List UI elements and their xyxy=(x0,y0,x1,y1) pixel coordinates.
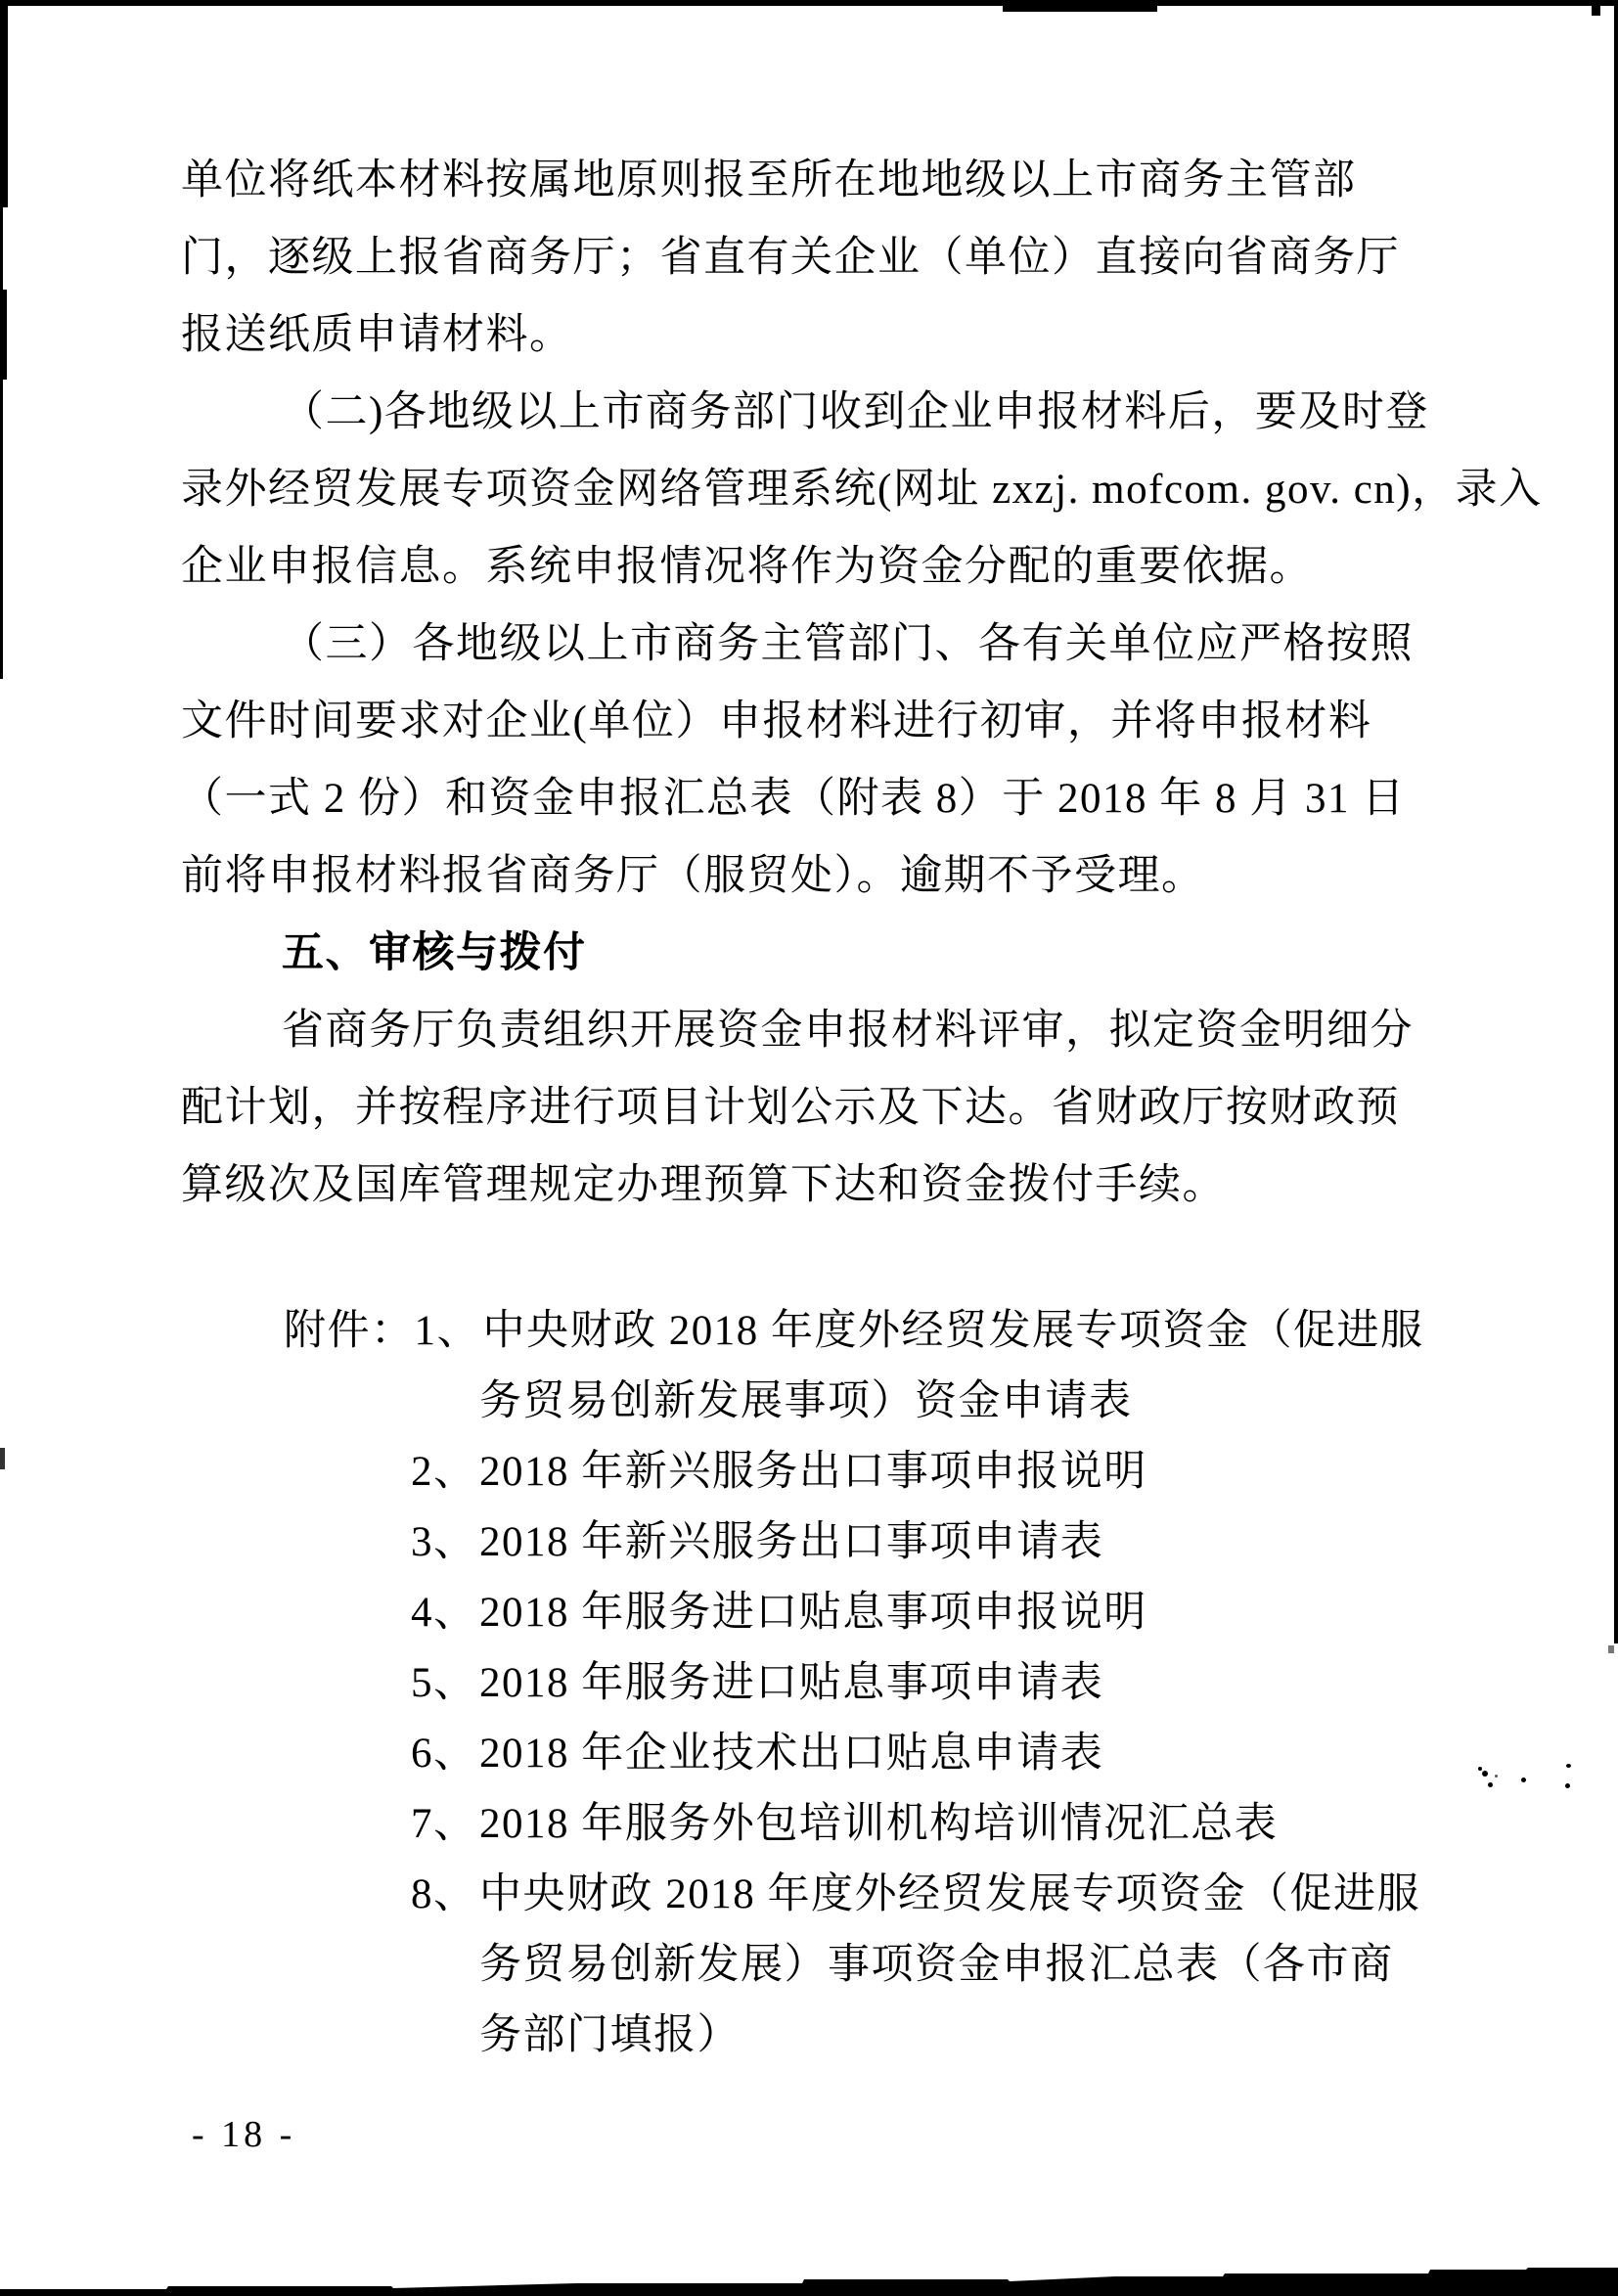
body-line: 前将申报材料报省商务厅（服贸处）。逾期不予受理。 xyxy=(181,837,1453,915)
scan-edge-bottom xyxy=(0,2265,1618,2296)
attachment-number: 6、 xyxy=(411,1719,479,1789)
body-line: （一式 2 份）和资金申报汇总表（附表 8）于 2018 年 8 月 31 日 xyxy=(181,760,1453,837)
attachment-number: 4、 xyxy=(411,1578,479,1648)
attachment-text: 2018 年服务进口贴息事项申请表 xyxy=(479,1660,1103,1706)
scan-edge-left-thick xyxy=(0,0,8,207)
scan-edge-top-thick xyxy=(1003,0,1157,12)
body-line: 算级次及国库管理规定办理预算下达和资金拨付手续。 xyxy=(181,1147,1453,1224)
scan-edge-right xyxy=(1614,4,1618,1643)
body-line: （二)各地级以上市商务部门收到企业申报材料后，要及时登 xyxy=(181,374,1453,451)
attachment-line: 5、2018 年服务进口贴息事项申请表 xyxy=(284,1648,1506,1719)
attachment-line: 附件：1、中央财政 2018 年度外经贸发展专项资金（促进服 xyxy=(284,1296,1506,1367)
attachment-text: 2018 年服务外包培训机构培训情况汇总表 xyxy=(479,1801,1278,1847)
body-line: 单位将纸本材料按属地原则报至所在地地级以上市商务主管部 xyxy=(181,142,1453,219)
attachment-line: 7、2018 年服务外包培训机构培训情况汇总表 xyxy=(284,1789,1506,1860)
attachment-line: 4、2018 年服务进口贴息事项申报说明 xyxy=(284,1578,1506,1648)
scan-edge-left-blob xyxy=(0,290,7,380)
attachment-text: 务贸易创新发展）事项资金申报汇总表（各市商 xyxy=(479,1942,1394,1988)
attachment-number: 7、 xyxy=(411,1789,479,1860)
attachment-text: 务贸易创新发展事项）资金申请表 xyxy=(479,1378,1133,1424)
body-line: 门，逐级上报省商务厅；省直有关企业（单位）直接向省商务厅 xyxy=(181,219,1453,296)
document-page: 单位将纸本材料按属地原则报至所在地地级以上市商务主管部门，逐级上报省商务厅；省直… xyxy=(0,0,1618,2296)
attachment-list: 附件：1、中央财政 2018 年度外经贸发展专项资金（促进服务贸易创新发展事项）… xyxy=(284,1296,1506,2071)
scan-edge-left-smudge xyxy=(0,1448,5,1469)
attachment-text: 2018 年企业技术出口贴息申请表 xyxy=(479,1731,1103,1777)
body-line: 报送纸质申请材料。 xyxy=(181,296,1453,374)
section-heading: 五、审核与拨付 xyxy=(181,915,1453,992)
attachment-text: 中央财政 2018 年度外经贸发展专项资金（促进服 xyxy=(483,1308,1424,1354)
ink-speckle xyxy=(1566,1764,1571,1768)
body-line: 企业申报信息。系统申报情况将作为资金分配的重要依据。 xyxy=(181,528,1453,606)
body-line: 配计划，并按程序进行项目计划公示及下达。省财政厅按财政预 xyxy=(181,1069,1453,1147)
body-line: （三）各地级以上市商务主管部门、各有关单位应严格按照 xyxy=(181,606,1453,683)
body-line: 录外经贸发展专项资金网络管理系统(网址 zxzj. mofcom. gov. c… xyxy=(181,451,1453,528)
page-number: - 18 - xyxy=(192,2105,295,2164)
attachment-text: 2018 年新兴服务出口事项申报说明 xyxy=(479,1449,1147,1495)
body-line: 文件时间要求对企业(单位）申报材料进行初审，并将申报材料 xyxy=(181,683,1453,760)
attachment-number: 5、 xyxy=(411,1648,479,1719)
body-text: 单位将纸本材料按属地原则报至所在地地级以上市商务主管部门，逐级上报省商务厅；省直… xyxy=(181,142,1453,1224)
attachment-text: 中央财政 2018 年度外经贸发展专项资金（促进服 xyxy=(479,1871,1420,1917)
scan-edge-top xyxy=(0,0,1618,6)
attachment-number: 1、 xyxy=(415,1296,483,1367)
scan-edge-left-thin xyxy=(0,207,3,679)
attachment-text: 2018 年新兴服务出口事项申请表 xyxy=(479,1519,1103,1565)
scan-edge-right-mark xyxy=(1608,1645,1614,1653)
attachment-line: 务贸易创新发展）事项资金申报汇总表（各市商 xyxy=(284,1930,1506,2001)
attachment-line: 3、2018 年新兴服务出口事项申请表 xyxy=(284,1508,1506,1578)
attachment-text: 务部门填报） xyxy=(479,2012,741,2058)
ink-speckle xyxy=(1521,1778,1526,1782)
attachment-line: 2、2018 年新兴服务出口事项申报说明 xyxy=(284,1437,1506,1508)
attachment-number: 2、 xyxy=(411,1437,479,1508)
ink-speckle xyxy=(1565,1783,1570,1788)
attachment-line: 务部门填报） xyxy=(284,2001,1506,2071)
body-line: 省商务厅负责组织开展资金申报材料评审，拟定资金明细分 xyxy=(181,992,1453,1069)
attachments-label: 附件： xyxy=(284,1296,415,1367)
attachment-line: 6、2018 年企业技术出口贴息申请表 xyxy=(284,1719,1506,1789)
attachment-line: 务贸易创新发展事项）资金申请表 xyxy=(284,1367,1506,1437)
attachment-text: 2018 年服务进口贴息事项申报说明 xyxy=(479,1590,1147,1636)
attachment-number: 3、 xyxy=(411,1508,479,1578)
scan-edge-top-tick xyxy=(1592,0,1600,16)
attachment-line: 8、中央财政 2018 年度外经贸发展专项资金（促进服 xyxy=(284,1860,1506,1930)
attachment-number: 8、 xyxy=(411,1860,479,1930)
